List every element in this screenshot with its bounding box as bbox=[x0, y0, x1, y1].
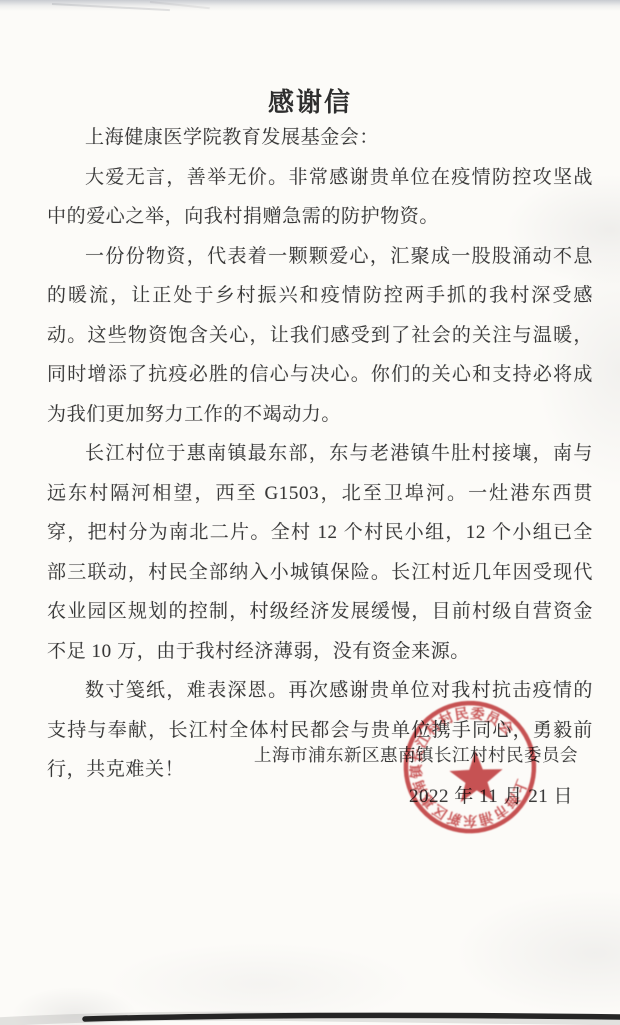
date-line: 2022 年 11 月 21 日 bbox=[409, 781, 573, 808]
scan-scratch-artifact bbox=[52, 3, 170, 11]
signature-line: 上海市浦东新区惠南镇长江村村民委员会 bbox=[254, 742, 578, 767]
paragraph: 数寸笺纸，难表深恩。再次感谢贵单位对我村抗击疫情的支持与奉献，长江村全体村民都会… bbox=[47, 671, 593, 790]
paragraph: 大爱无言，善举无价。非常感谢贵单位在疫情防控攻坚战中的爱心之举，向我村捐赠急需的… bbox=[47, 158, 593, 237]
scanned-letter-page: 感谢信 上海健康医学院教育发展基金会： 大爱无言，善举无价。非常感谢贵单位在疫情… bbox=[0, 0, 620, 1025]
letter-body: 上海健康医学院教育发展基金会： 大爱无言，善举无价。非常感谢贵单位在疫情防控攻坚… bbox=[47, 118, 593, 790]
paragraph: 长江村位于惠南镇最东部，东与老港镇牛肚村接壤，南与远东村隔河相望，西至 G150… bbox=[47, 434, 593, 671]
paragraph: 一份份物资，代表着一颗颗爱心，汇聚成一股股涌动不息的暖流，让正处于乡村振兴和疫情… bbox=[47, 237, 593, 435]
scan-edge-bottom bbox=[0, 997, 620, 1025]
letter-title: 感谢信 bbox=[0, 82, 620, 119]
salutation: 上海健康医学院教育发展基金会： bbox=[47, 118, 593, 158]
